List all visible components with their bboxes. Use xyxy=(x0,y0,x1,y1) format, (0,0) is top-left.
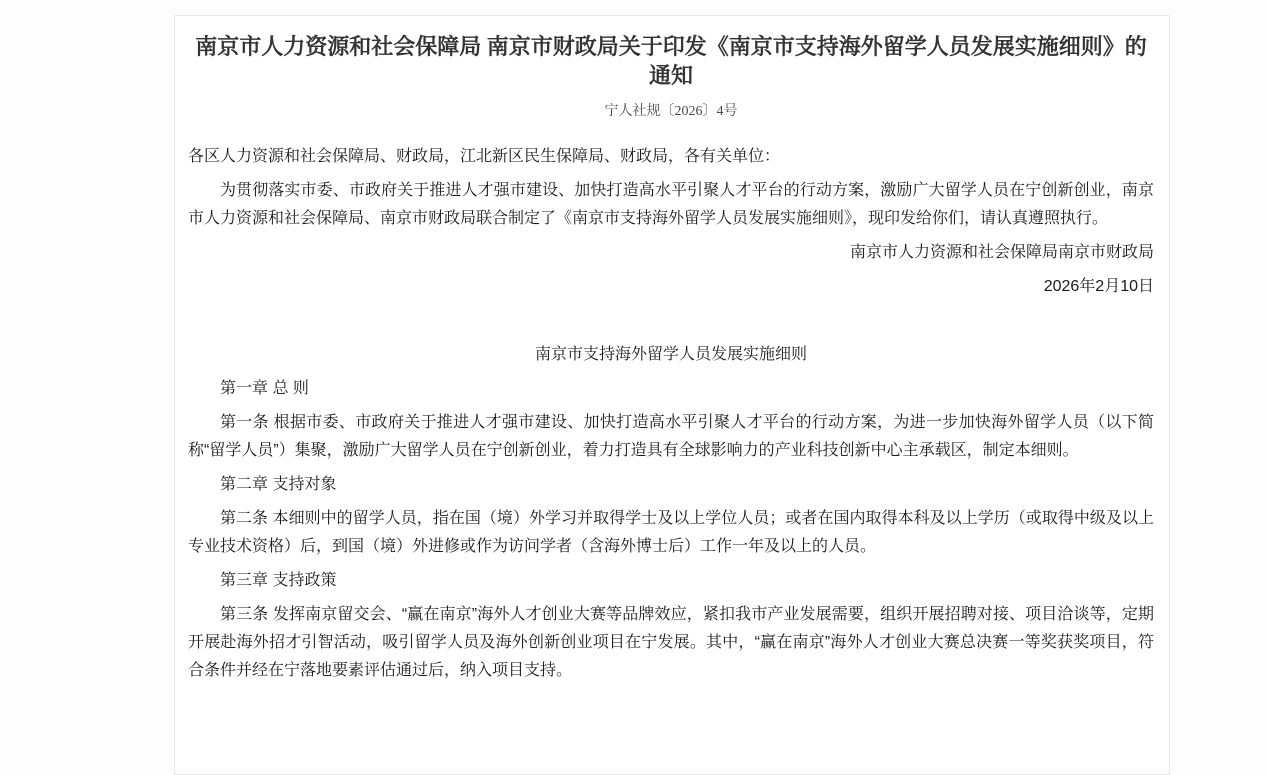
doc-body: 各区人力资源和社会保障局、财政局，江北新区民生保障局、财政局，各有关单位： 为贯… xyxy=(188,143,1154,666)
section-paragraph-2: 第二条 本细则中的留学人员，指在国（境）外学习并取得学士及以上学位人员；或者在国… xyxy=(188,505,1154,561)
doc-number: 宁人社规〔2026〕4号 xyxy=(188,102,1154,121)
salutation: 各区人力资源和社会保障局、财政局，江北新区民生保障局、财政局，各有关单位： xyxy=(188,143,1154,171)
section-paragraph-1: 第一条 根据市委、市政府关于推进人才强市建设、加快打造高水平引聚人才平台的行动方… xyxy=(188,409,1154,465)
section-paragraph-3: 第三条 发挥南京留交会、“赢在南京”海外人才创业大赛等品牌效应，紧扣我市产业发展… xyxy=(188,601,1154,666)
signature-line: 南京市人力资源和社会保障局南京市财政局 xyxy=(188,239,1154,267)
document-card: 南京市人力资源和社会保障局 南京市财政局关于印发《南京市支持海外留学人员发展实施… xyxy=(174,15,1170,666)
intro-paragraph: 为贯彻落实市委、市政府关于推进人才强市建设、加快打造高水平引聚人才平台的行动方案… xyxy=(188,177,1154,233)
section-heading-3: 第三章 支持政策 xyxy=(188,567,1154,595)
page-title: 南京市人力资源和社会保障局 南京市财政局关于印发《南京市支持海外留学人员发展实施… xyxy=(188,32,1154,90)
section-heading-2: 第二章 支持对象 xyxy=(188,471,1154,499)
date-line: 2026年2月10日 xyxy=(188,273,1154,301)
subtitle: 南京市支持海外留学人员发展实施细则 xyxy=(188,341,1154,369)
section-heading-1: 第一章 总 则 xyxy=(188,375,1154,403)
blank-line xyxy=(188,307,1154,335)
